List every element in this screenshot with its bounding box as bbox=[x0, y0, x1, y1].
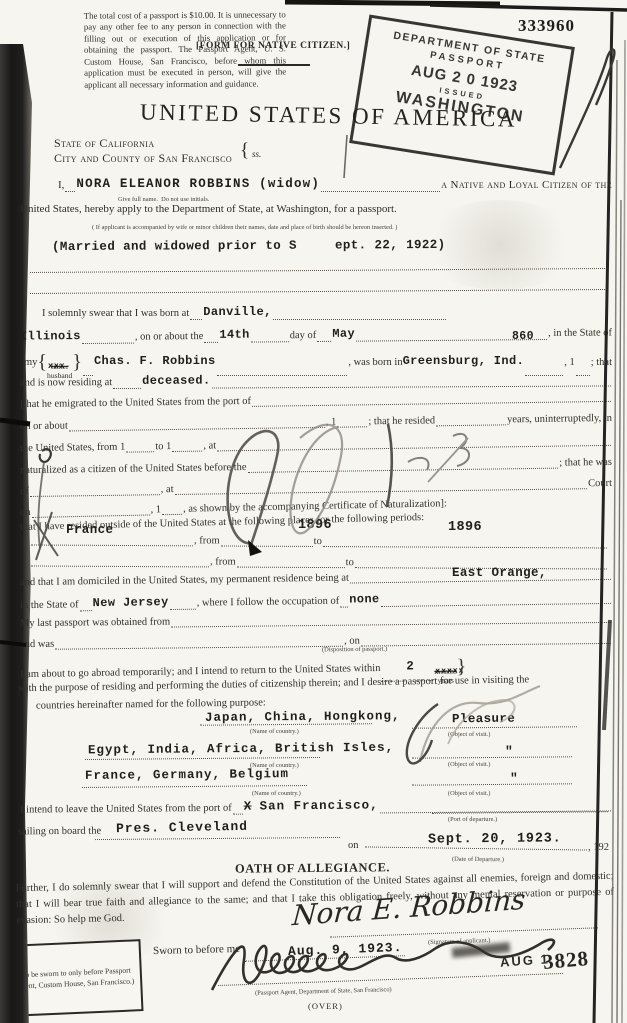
relative-brace-left: { bbox=[37, 352, 47, 372]
page-streak bbox=[617, 200, 621, 1023]
domicile-state: New Jersey bbox=[93, 595, 169, 610]
dotted-leader bbox=[31, 504, 149, 517]
object-entry-1: Pleasure bbox=[452, 712, 515, 727]
page-top-edge bbox=[285, 2, 500, 4]
duration-brace: } bbox=[456, 656, 466, 676]
comma-1b: , 1 bbox=[150, 504, 161, 515]
on-or-about: , on or about the bbox=[135, 331, 204, 343]
return-duration: 2 bbox=[406, 659, 414, 673]
dotted-leader bbox=[31, 534, 193, 546]
court-label: Court bbox=[588, 478, 612, 489]
relative-brace-right: } bbox=[72, 352, 82, 372]
to-label-2: to bbox=[346, 557, 354, 568]
object-line-3 bbox=[412, 783, 572, 785]
swear-born-at: I solemnly swear that I was born at bbox=[42, 308, 189, 319]
dotted-leader bbox=[31, 555, 209, 567]
dotted-leader bbox=[82, 333, 134, 344]
emigrated-line: [that he emigrated to the United States … bbox=[20, 396, 251, 410]
occupation-label: , where I follow the occupation of bbox=[197, 596, 340, 609]
that-he-was: ; that he was bbox=[559, 457, 612, 469]
that-he-resided: ; that he resided bbox=[368, 415, 435, 427]
applicant-name: NORA ELEANOR ROBBINS (widow) bbox=[76, 177, 320, 191]
comma-one: , 1 bbox=[564, 357, 575, 368]
signature-line-rule bbox=[330, 927, 598, 937]
full-name-note: Give full name. Do not use initials. bbox=[118, 196, 209, 203]
dotted-leader bbox=[126, 441, 154, 452]
venue-state: State of California bbox=[54, 136, 155, 151]
to-1: to 1 bbox=[155, 441, 171, 452]
birth-state: Illinois bbox=[20, 329, 81, 344]
dotted-leader bbox=[340, 597, 348, 608]
was-born-in: , was born in bbox=[348, 357, 402, 368]
at-label: , at bbox=[203, 440, 216, 451]
country-line-1 bbox=[200, 723, 372, 726]
dotted-leader bbox=[113, 378, 141, 389]
blank-children-line bbox=[30, 289, 605, 294]
citizen-clause: a Native and Loyal Citizen of the bbox=[441, 179, 612, 191]
page-streak bbox=[622, 40, 625, 1023]
country-line-3 bbox=[82, 785, 307, 788]
dotted-leader bbox=[65, 181, 75, 192]
dotted-leader bbox=[381, 593, 612, 607]
on-label-2: on bbox=[20, 507, 31, 518]
dotted-leader bbox=[252, 391, 611, 407]
year-192-suffix: , 192 bbox=[588, 842, 609, 853]
birth-year: 860 bbox=[512, 330, 534, 343]
dotted-leader bbox=[247, 458, 558, 473]
dotted-leader bbox=[436, 414, 506, 426]
residing-value: deceased. bbox=[142, 374, 210, 388]
dotted-leader bbox=[175, 478, 588, 495]
object-line-1 bbox=[412, 726, 577, 728]
on-or-about-label: on or about bbox=[20, 420, 68, 432]
birth-city: Danville, bbox=[203, 305, 271, 319]
port-of-departure-label: (Port of departure.) bbox=[448, 816, 497, 823]
dotted-leader bbox=[337, 416, 367, 427]
object-line-2 bbox=[412, 756, 572, 758]
port-line-rule bbox=[432, 811, 608, 814]
dotted-leader bbox=[273, 309, 446, 320]
port-strikeout-char: X bbox=[244, 800, 252, 814]
from-label: , from bbox=[194, 535, 220, 546]
dotted-leader bbox=[217, 435, 611, 451]
country-line-2 bbox=[85, 757, 320, 760]
occupation-value: none bbox=[349, 592, 380, 606]
dotted-leader bbox=[361, 633, 611, 647]
vessel-line-rule bbox=[95, 837, 340, 840]
at-label-2: , at bbox=[161, 484, 174, 495]
father-birthplace: Greensburg, Ind. bbox=[403, 354, 525, 368]
dotted-leader bbox=[321, 181, 440, 192]
abroad-line-3: countries hereinafter named for the foll… bbox=[36, 697, 266, 711]
agent-signature-line-rule bbox=[218, 973, 563, 986]
over-label: (OVER) bbox=[308, 1001, 343, 1011]
dotted-leader bbox=[317, 331, 331, 342]
scanned-passport-application-page: The total cost of a passport is $10.00. … bbox=[0, 0, 627, 1023]
domicile-value: East Orange, bbox=[452, 566, 547, 580]
years-uninterruptedly: years, uninterruptedly, in bbox=[507, 413, 612, 425]
book-binding-edge bbox=[0, 44, 32, 1023]
dotted-leader bbox=[221, 535, 313, 546]
birth-month: May bbox=[332, 327, 355, 341]
name-of-country-label-1: (Name of country.) bbox=[250, 728, 299, 735]
apply-line: United States, hereby apply to the Depar… bbox=[20, 203, 612, 215]
comma-1: , 1 bbox=[326, 417, 337, 428]
father-strikeout: xxx bbox=[48, 362, 65, 371]
received-stamp-number: 3828 bbox=[542, 946, 590, 975]
date-of-departure-label: (Date of Departure.) bbox=[452, 856, 504, 863]
department-of-state-issue-stamp: DEPARTMENT OF STATE PASSPORT AUG 2 0 192… bbox=[349, 15, 575, 176]
port-value: San Francisco, bbox=[260, 798, 379, 813]
dotted-leader bbox=[171, 612, 611, 628]
intro-i: I, bbox=[58, 179, 64, 191]
page-top-edge bbox=[430, 5, 627, 10]
port-line: I intend to leave the United States from… bbox=[20, 803, 232, 816]
accompany-note: ( If applicant is accompanied by wife or… bbox=[92, 224, 397, 231]
dotted-leader bbox=[55, 636, 343, 650]
to-label: to bbox=[314, 536, 322, 547]
in-the-state-of: , in the State of bbox=[548, 327, 612, 339]
us-from-1: the United States, from 1 bbox=[20, 442, 125, 454]
and-was-label: and was bbox=[20, 639, 54, 650]
my-label: my bbox=[24, 357, 37, 368]
departure-date: Sept. 20, 1923. bbox=[428, 831, 562, 847]
form-label-rule bbox=[238, 64, 310, 66]
venue-brace: { bbox=[240, 140, 249, 162]
vessel-name: Pres. Cleveland bbox=[116, 819, 248, 836]
form-type-label: [FORM FOR NATIVE CITIZEN.] bbox=[196, 41, 350, 51]
country-entry-2: Egypt, India, Africa, British Isles, bbox=[88, 741, 394, 758]
pen-tick bbox=[344, 135, 347, 178]
dotted-leader bbox=[204, 332, 218, 343]
disposition-note: (Disposition of passport.) bbox=[322, 646, 387, 654]
from-label-2: , from bbox=[210, 556, 236, 567]
pen-scrawl bbox=[407, 704, 438, 763]
last-passport-label: My last passport was obtained from bbox=[20, 617, 170, 630]
dotted-leader bbox=[80, 600, 92, 611]
country-entry-3: France, Germany, Belgium bbox=[85, 767, 289, 783]
dotted-leader bbox=[233, 804, 243, 815]
date-line-rule bbox=[365, 846, 587, 850]
dotted-leader bbox=[251, 331, 289, 342]
dotted-leader bbox=[170, 599, 196, 610]
serial-number: 333960 bbox=[518, 16, 575, 36]
object-of-visit-label-1: (Object of visit.) bbox=[448, 731, 490, 738]
sworn-before-agent-text: (To be sworn to only before Passport Age… bbox=[14, 964, 137, 992]
married-note-right: ept. 22, 1922) bbox=[335, 238, 446, 253]
dotted-leader bbox=[172, 441, 202, 452]
object-of-visit-label-3: (Object of visit.) bbox=[448, 790, 490, 797]
sworn-label: Sworn to before me bbox=[153, 943, 240, 957]
venue-ss: ss. bbox=[252, 149, 261, 159]
that-tail: ; that bbox=[591, 357, 612, 368]
father-name: Chas. F. Robbins bbox=[94, 354, 216, 368]
dotted-leader bbox=[162, 504, 182, 515]
dotted-leader bbox=[30, 484, 160, 497]
married-note-left: (Married and widowed prior to S bbox=[52, 239, 297, 254]
day-of: day of bbox=[290, 330, 317, 341]
residing-label: and is now residing at bbox=[20, 377, 112, 388]
of-label: of bbox=[20, 486, 29, 497]
passport-agent-label: (Passport Agent, Department of State, Sa… bbox=[255, 986, 392, 997]
dotted-leader bbox=[190, 309, 202, 320]
dotted-leader bbox=[237, 557, 345, 569]
in-state-label: in the State of bbox=[20, 599, 79, 611]
dotted-leader bbox=[212, 375, 611, 388]
birth-day: 14th bbox=[219, 328, 250, 342]
naturalized-before: naturalized as a citizen of the United S… bbox=[20, 462, 247, 476]
dotted-leader bbox=[69, 417, 325, 432]
sailing-on-label: on bbox=[348, 840, 359, 851]
name-of-country-label-3: (Name of country.) bbox=[252, 790, 301, 797]
abroad-to-year: 1896 bbox=[448, 520, 482, 535]
dotted-leader bbox=[323, 536, 607, 548]
sailing-label: sailing on board the bbox=[18, 826, 101, 838]
venue-county: City and County of San Francisco bbox=[54, 151, 232, 166]
domicile-line: and that I am domiciled in the United St… bbox=[20, 573, 349, 589]
abroad-from-year: 1896 bbox=[298, 518, 332, 533]
object-of-visit-label-2: (Object of visit.) bbox=[448, 761, 490, 768]
